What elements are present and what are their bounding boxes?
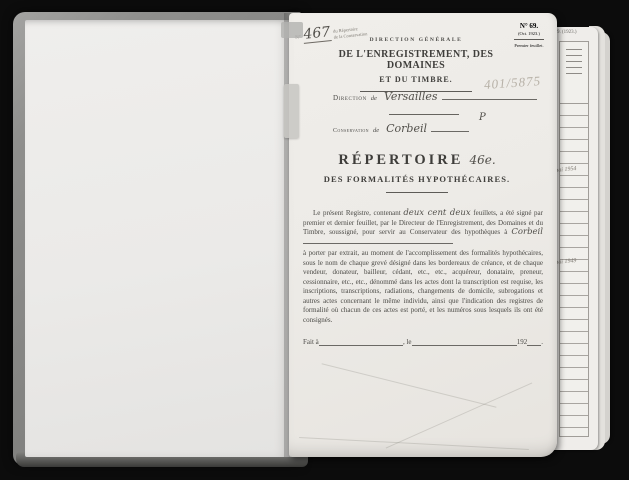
handwritten-p-annotation: P: [479, 112, 486, 123]
direction-handwritten-value: Versailles: [384, 91, 438, 102]
first-sheet-label: Premier feuillet.: [505, 43, 553, 48]
illegible-header-text: [566, 49, 582, 75]
title-subtitle: DES FORMALITÉS HYPOTHÉCAIRES.: [317, 174, 517, 184]
fait-place-blank: [319, 345, 403, 346]
header-enregistrement-domaines: DE L'ENREGISTREMENT, DES DOMAINES: [317, 49, 515, 71]
table-rows-ruling: [560, 104, 588, 436]
blank-tail-line: [303, 238, 453, 244]
fait-a-row: Fait à , le 192 .: [303, 338, 543, 348]
form-ref-rule: [514, 39, 544, 40]
direction-row: Direction de Versailles: [333, 91, 537, 102]
title-rule: [386, 192, 448, 193]
column-header: [560, 42, 588, 104]
p1-start: Le présent Registre, contenant: [313, 209, 403, 217]
fait-a-label: Fait à: [303, 338, 319, 348]
title-line: RÉPERTOIRE46e.: [317, 151, 517, 169]
year-prefix: 192: [517, 338, 528, 348]
ruled-table-column: [559, 41, 589, 437]
body-text: Le présent Registre, contenant deux cent…: [303, 209, 543, 348]
fait-date-blank: [412, 345, 517, 346]
paper-crease: [322, 363, 497, 408]
paper-crease: [386, 383, 533, 449]
ruled-page-edge: 9. (1923.) mai 1954 mai 1949: [552, 27, 598, 450]
pencil-archive-reference: 401/5875: [483, 73, 541, 93]
repertoire-title: RÉPERTOIRE: [338, 152, 463, 168]
conservation-label: Conservation: [333, 128, 369, 134]
year-blank: [527, 345, 541, 346]
paragraph-registre: Le présent Registre, contenant deux cent…: [303, 209, 543, 247]
conservation-row: Conservation de Corbeil P: [333, 123, 511, 134]
paper-crease: [299, 437, 529, 450]
conservation-de: de: [373, 127, 379, 134]
period: .: [541, 338, 543, 348]
form-number: N° 69.: [505, 22, 553, 30]
scan-background: 9. (1923.) mai 1954 mai 1949 N° 467 du R…: [0, 0, 629, 480]
direction-label: Direction: [333, 94, 367, 102]
title-handwritten-number: 46e.: [469, 153, 495, 167]
title-block: RÉPERTOIRE46e. DES FORMALITÉS HYPOTHÉCAI…: [317, 151, 517, 193]
document-page: N° 467 du Répertoire de la Conservation …: [289, 13, 557, 457]
partial-form-number: 9. (1923.): [557, 30, 577, 35]
handwritten-folio-count: deux cent deux: [403, 208, 470, 218]
handwritten-place: Corbeil: [511, 227, 543, 237]
form-reference-box: N° 69. (Oct. 1923.) Premier feuillet.: [505, 22, 553, 48]
middle-rule: [389, 114, 459, 115]
form-date: (Oct. 1923.): [505, 31, 553, 36]
paragraph-porter-par-extrait: à porter par extrait, au moment de l'acc…: [303, 249, 543, 325]
conservation-blank-line: [431, 131, 469, 132]
left-blank-page: [25, 20, 291, 457]
header-direction-generale: DIRECTION GÉNÉRALE: [317, 37, 515, 43]
le-label: , le: [403, 338, 412, 348]
conservation-handwritten-value: Corbeil: [386, 123, 427, 134]
tape-fragment: [281, 22, 303, 38]
tape-fragment: [284, 84, 299, 138]
direction-de: de: [371, 95, 377, 102]
direction-blank-line: [442, 99, 537, 100]
